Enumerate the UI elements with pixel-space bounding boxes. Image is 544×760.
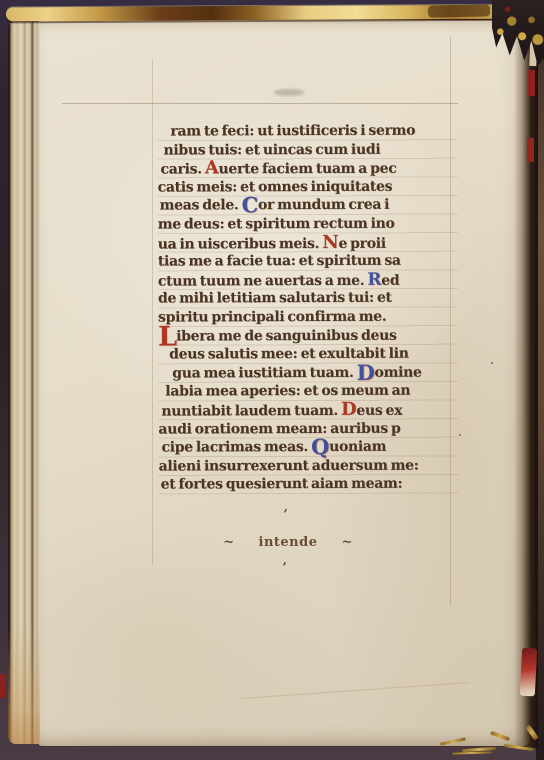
gilt-fleck [490,731,510,742]
text-line: ua in uisceribus meis. Ne proii [158,233,458,253]
text-run: spiritu principali confirma me. [158,309,386,326]
text-line: ram te feci: ut iustificeris i sermo [157,121,457,141]
ink-speck [491,362,493,364]
text-run: me deus: et spiritum rectum ino [158,216,395,233]
manuscript-photo: ram te feci: ut iustificeris i sermonibu… [0,0,544,760]
catchword-word: intende [259,535,318,550]
text-line: tias me a facie tua: et spiritum sa [158,252,458,272]
text-run: de mihi letitiam salutaris tui: et [158,290,392,307]
gutter-shadow [514,16,538,748]
text-line: audi orationem meam: auribus p [158,419,458,439]
text-run: e proii [338,235,385,251]
text-line: catis meis: et omnes iniquitates [158,177,458,197]
text-line: alieni insurrexerunt aduersum me: [159,456,459,476]
gilt-edge-tarnish [428,4,490,17]
text-run: ua in uisceribus meis. [158,236,323,253]
illuminated-initial: Q [311,434,329,459]
illuminated-initial: D [341,399,356,420]
text-line: Libera me de sanguinibus deus [158,326,458,346]
text-run: uerte faciem tuam a pec [218,161,396,178]
text-run: catis meis: et omnes iniquitates [158,178,393,195]
text-run: audi orationem meam: auribus p [158,420,400,437]
text-run: meas dele. [160,198,242,214]
catchword-flourish-left: ~ [223,535,234,550]
page-edges-left [8,22,40,744]
gilt-fleck [440,737,466,745]
illuminated-initial: R [367,269,381,289]
text-line: et fortes quesierunt aiam meam: [159,475,459,495]
text-line: nuntiabit laudem tuam. Deus ex [158,400,458,420]
text-run: gua mea iustitiam tuam. [172,365,356,382]
text-run: ibera me de sanguinibus deus [176,327,397,344]
text-run: caris. [160,162,204,178]
text-block: ram te feci: ut iustificeris i sermonibu… [157,121,458,494]
red-edge-sliver [528,70,535,96]
text-run: nibus tuis: et uincas cum iudi [163,141,380,158]
text-run: alieni insurrexerunt aduersum me: [159,457,419,474]
catchword-mark-below: ʼ [282,561,287,576]
illuminated-initial: A [205,157,219,178]
text-run: omine [374,364,421,380]
catchword: ~intende~ [158,535,418,550]
illuminated-initial: C [242,193,259,218]
gilt-flecks [432,724,544,758]
text-line: caris. Auerte faciem tuam a pec [157,159,457,179]
text-run: labia mea aperies: et os meum an [165,383,410,400]
text-run: or mundum crea i [258,197,389,213]
faint-inscription [274,89,304,96]
gilt-fleck [504,744,534,751]
text-run: ram te feci: ut iustificeris i sermo [170,123,415,140]
red-bookmark-ribbon [520,648,537,697]
text-run: et fortes quesierunt aiam meam: [161,476,403,493]
catchword-flourish-right: ~ [341,535,352,550]
text-run: cipe lacrimas meas. [161,439,311,456]
text-run: uoniam [329,439,386,455]
text-line: deus salutis mee: et exultabit lin [158,345,458,365]
ruling-line-vertical-left [152,60,153,565]
gilt-fleck [525,725,538,741]
binding-red-sliver [0,674,5,698]
text-run: tias me a facie tua: et spiritum sa [158,253,401,270]
catchword-mark-above: ʼ [283,508,288,523]
text-line: spiritu principali confirma me. [158,307,458,327]
illuminated-initial: D [357,359,375,384]
text-line: nibus tuis: et uincas cum iudi [157,140,457,160]
text-line: ctum tuum ne auertas a me. Red [158,270,458,290]
text-run: nuntiabit laudem tuam. [161,403,341,420]
illuminated-initial: N [322,231,338,252]
text-run: ed [381,272,399,288]
ink-speck [459,434,461,436]
text-line: meas dele. Cor mundum crea i [158,196,458,216]
text-line: de mihi letitiam salutaris tui: et [158,289,458,309]
ruling-line-horizontal [62,103,458,104]
text-run: eus ex [356,403,402,419]
text-line: me deus: et spiritum rectum ino [158,214,458,234]
gilt-fleck [452,751,492,754]
text-run: ctum tuum ne auertas a me. [158,273,368,290]
text-line: cipe lacrimas meas. Quoniam [158,438,458,458]
text-line: labia mea aperies: et os meum an [158,382,458,402]
text-line: gua mea iustitiam tuam. Domine [158,363,458,383]
red-edge-sliver [527,138,534,162]
